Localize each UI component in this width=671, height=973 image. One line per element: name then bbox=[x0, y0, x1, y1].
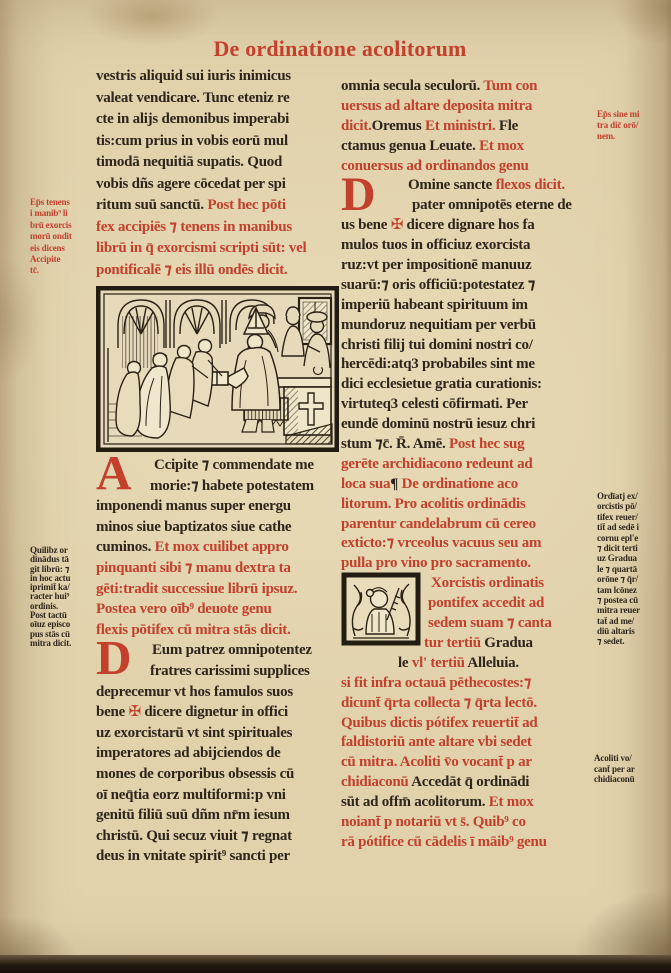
text-line: tis:cum prius in vobis eorū mul bbox=[96, 131, 338, 153]
text-line: chidiaconū Accedāt q̄ ordinādi bbox=[341, 773, 593, 793]
margin-note-line: tc̄. bbox=[30, 265, 94, 276]
margin-note-line: morū ondit bbox=[30, 231, 94, 242]
margin-note-line: Acoliti vo/ bbox=[594, 753, 670, 764]
rubric-text: tur tertiū bbox=[424, 635, 484, 651]
body-text: omnia secula seculorū. bbox=[341, 78, 483, 94]
body-text: timodā nequitiā supatis. Quod bbox=[96, 154, 282, 170]
rubric-text: fex accipiēs ⁊ tenens in manibus bbox=[96, 219, 292, 235]
body-text: dicere dignetur in offici bbox=[141, 704, 288, 720]
text-line: exticto:⁊ vrceolus vacuus seu am bbox=[341, 534, 593, 554]
text-line: pater omnipotēs eterne de bbox=[341, 196, 593, 216]
rubric-text: De ordinatione aco bbox=[402, 476, 518, 492]
margin-note-line: chidiaconū bbox=[594, 774, 670, 785]
text-line: pinquanti sibi ⁊ manu dextra ta bbox=[96, 558, 338, 579]
margin-note-line: tit̄ ad sedē i bbox=[597, 522, 669, 532]
rubric-text: gerēte archidiacono redeunt ad bbox=[341, 456, 533, 472]
text-line: ctamus genua Leuate. Et mox bbox=[341, 137, 593, 157]
rubric-text: Post hec sug bbox=[449, 436, 524, 452]
margin-note-ordinatis-exorcistis: Ordīatj ex/orcistis pō/tifex reuer/tit̄ … bbox=[597, 491, 669, 647]
text-line: gēti:tradit successiue librū ipsuz. bbox=[96, 579, 338, 600]
margin-note-line: cant̄ per ar bbox=[594, 764, 670, 775]
text-line: deprecemur vt hos famulos suos bbox=[96, 682, 338, 703]
text-line: parentur candelabrum cū cereo bbox=[341, 515, 593, 535]
drop-cap-D: D bbox=[96, 637, 131, 679]
text-line: omnia secula seculorū. Tum con bbox=[341, 77, 593, 97]
body-text: uz exorcistarū vt sint spirituales bbox=[96, 725, 292, 741]
body-text: ritum suū sanctū. bbox=[96, 197, 207, 213]
rubric-text: Et mox cuilibet appro bbox=[155, 539, 289, 555]
text-line: rā pótifice cū cādelis ī māib⁹ genu bbox=[341, 833, 593, 853]
body-text: sūt ad offm̄ acolitorum. bbox=[341, 794, 489, 810]
text-line: morie:⁊ habete potestatem bbox=[96, 476, 338, 497]
rubric-text: loca sua bbox=[341, 476, 390, 492]
text-line: flexis pōtifex cū mitra stās dicit. bbox=[96, 620, 338, 641]
text-line: Quibus dictis pótifex reuertit̄ ad bbox=[341, 714, 593, 734]
left-column-upper: vestris aliquid sui iuris inimicusvaleat… bbox=[96, 66, 338, 281]
text-line: dici ecclesietue gratia curationis: bbox=[341, 375, 593, 395]
text-line: christi filij tui domini nostri co/ bbox=[341, 336, 593, 356]
text-line: uz exorcistarū vt sint spirituales bbox=[96, 723, 338, 744]
rubric-text: ✠ bbox=[129, 704, 141, 720]
text-line: noiant̄ p notariū vt s̄. Quib⁹ co bbox=[341, 813, 593, 833]
rubric-text: exticto:⁊ vrceolus vacuus seu am bbox=[341, 535, 541, 551]
text-line: suarū:⁊ oris officiū:potestatez ⁊ bbox=[341, 276, 593, 296]
rubric-text: cū mitra. Acoliti v̄o vocant̄ p ar bbox=[341, 754, 532, 770]
text-line: genitū filiū suū dñm nr̄m iesum bbox=[96, 805, 338, 826]
rubric-text: pontificalē ⁊ eis illū ondēs dicit. bbox=[96, 262, 287, 278]
margin-note-line: tam lcōnez bbox=[597, 585, 669, 595]
margin-note-line: le ⁊ quartā bbox=[597, 564, 669, 574]
body-text: oī neq̄tia eorz multiformi:p vni bbox=[96, 787, 286, 803]
text-line: mundoruz nequitiam per verbū bbox=[341, 316, 593, 336]
rubric-text: ✠ bbox=[391, 217, 403, 233]
margin-note-episcopus-tenens: Ep̄s tenensi manib⁹ librū exorcismorū on… bbox=[30, 197, 94, 277]
text-line: Xorcistis ordinatis bbox=[341, 574, 593, 594]
margin-note-line: Ep̄s sine mi bbox=[597, 109, 669, 120]
margin-note-line: tra dic̄ orō/ bbox=[597, 120, 669, 131]
body-text: Fle bbox=[499, 118, 518, 134]
text-line: eundē dominū nostrū iesuz chri bbox=[341, 415, 593, 435]
text-line: faldistoriū ante altare vbi sedet bbox=[341, 733, 593, 753]
text-line: le vl' tertiū Alleluia. bbox=[341, 654, 593, 674]
body-text: vestris aliquid sui iuris inimicus bbox=[96, 68, 291, 84]
body-text: tis:cum prius in vobis eorū mul bbox=[96, 133, 288, 149]
body-text: christi filij tui domini nostri co/ bbox=[341, 337, 533, 353]
rubric-text: Quibus dictis pótifex reuertit̄ ad bbox=[341, 715, 537, 731]
body-text: dicere dignare hos fa bbox=[403, 217, 534, 233]
text-line: ruz:vt per impositionē manuuz bbox=[341, 256, 593, 276]
body-text: vobis dñs agere cōcedat per spi bbox=[96, 176, 286, 192]
rubric-text: pinquanti sibi ⁊ manu dextra ta bbox=[96, 560, 291, 576]
rubric-text: si fit infra octauā pēthecostes:⁊ bbox=[341, 675, 531, 691]
margin-note-line: ⁊ postea cū bbox=[597, 595, 669, 605]
body-text: Gradua bbox=[484, 635, 533, 651]
text-line: fratres carissimi supplices bbox=[96, 661, 338, 682]
body-text: cuminos. bbox=[96, 539, 155, 555]
body-text: imperiū habeant spirituum im bbox=[341, 297, 528, 313]
body-text: ctamus genua Leuate. bbox=[341, 138, 479, 154]
ordination-woodcut bbox=[96, 286, 339, 452]
body-text: genitū filiū suū dñm nr̄m iesum bbox=[96, 807, 290, 823]
text-line: mones de corporibus obsessis cū bbox=[96, 764, 338, 785]
text-line: sūt ad offm̄ acolitorum. Et mox bbox=[341, 793, 593, 813]
body-text: Oremus bbox=[372, 118, 425, 134]
body-text: minos siue baptizatos siue cathe bbox=[96, 519, 291, 535]
text-line: litorum. Pro acolitis ordinādis bbox=[341, 495, 593, 515]
text-line: cū mitra. Acoliti v̄o vocant̄ p ar bbox=[341, 753, 593, 773]
text-line: cte in alijs demonibus imperabi bbox=[96, 109, 338, 131]
rubric-text: Postea vero oīb⁹ deuote genu bbox=[96, 601, 272, 617]
margin-note-line: Accipite bbox=[30, 254, 94, 265]
margin-note-line: orcistis pō/ bbox=[597, 501, 669, 511]
rubric-text: litorum. Pro acolitis ordinādis bbox=[341, 496, 525, 512]
rubric-text: dicit. bbox=[341, 118, 372, 134]
text-line: uersus ad altare deposita mitra bbox=[341, 97, 593, 117]
margin-note-line: Ordīatj ex/ bbox=[597, 491, 669, 501]
text-line: vobis dñs agere cōcedat per spi bbox=[96, 174, 338, 196]
margin-note-line: tifex reuer/ bbox=[597, 512, 669, 522]
text-line: pulla pro vino pro sacramento. bbox=[341, 554, 593, 574]
rubric-text: Tum con bbox=[483, 78, 537, 94]
body-text: le bbox=[398, 655, 412, 671]
body-text: deus in vnitate spirit⁹ sancti per bbox=[96, 848, 290, 864]
body-text: mundoruz nequitiam per verbū bbox=[341, 317, 536, 333]
text-line: Eum patrez omnipotentez bbox=[96, 640, 338, 661]
text-line: bene ✠ dicere dignetur in offici bbox=[96, 702, 338, 723]
rubric-text: Et ministri. bbox=[425, 118, 499, 134]
body-text: suarū:⁊ oris officiū:potestatez ⁊ bbox=[341, 277, 535, 293]
text-line: cuminos. Et mox cuilibet appro bbox=[96, 537, 338, 558]
body-text: Alleluia. bbox=[467, 655, 519, 671]
body-text: mones de corporibus obsessis cū bbox=[96, 766, 294, 782]
body-text: fratres carissimi supplices bbox=[150, 663, 310, 679]
body-text: imperatores ad abijciendos de bbox=[96, 745, 281, 761]
text-line: librū in q̄ exorcismi scripti sūt: vel bbox=[96, 238, 338, 260]
text-line: loca sua¶ De ordinatione aco bbox=[341, 475, 593, 495]
text-line: conuersus ad ordinandos genu bbox=[341, 157, 593, 177]
body-text: ruz:vt per impositionē manuuz bbox=[341, 257, 531, 273]
right-column: omnia secula seculorū. Tum conuersus ad … bbox=[341, 77, 593, 853]
text-line: mulos tuos in officiuz exorcista bbox=[341, 236, 593, 256]
book-bottom-edge bbox=[0, 955, 671, 973]
text-line: stum ⁊c̄. R̄. Amē. Post hec sug bbox=[341, 435, 593, 455]
rubric-text: pontifex accedit ad bbox=[428, 595, 544, 611]
text-line: ritum suū sanctū. Post hec pōti bbox=[96, 195, 338, 217]
rubric-text: dicunt̄ q̄rta collecta ⁊ q̄rta lectō. bbox=[341, 695, 537, 711]
body-text: imponendi manus super energu bbox=[96, 498, 291, 514]
text-line: Ccipite ⁊ commendate me bbox=[96, 455, 338, 476]
body-text: morie:⁊ habete potestatem bbox=[150, 478, 314, 494]
body-text: mulos tuos in officiuz exorcista bbox=[341, 237, 530, 253]
body-text: deprecemur vt hos famulos suos bbox=[96, 684, 293, 700]
text-line: gerēte archidiacono redeunt ad bbox=[341, 455, 593, 475]
margin-note-line: cornu epl'e bbox=[597, 533, 669, 543]
margin-note-line: tat̄ ad me/ bbox=[597, 616, 669, 626]
margin-note-quilibet-ordinandus: Quilibz ordinādus tāgit librū: ⁊in hoc a… bbox=[30, 546, 94, 648]
text-line: Omine sancte flexos dicit. bbox=[341, 176, 593, 196]
body-text: Eum patrez omnipotentez bbox=[152, 642, 312, 658]
rubric-text: parentur candelabrum cū cereo bbox=[341, 516, 536, 532]
rubric-text: chidiaconū bbox=[341, 774, 411, 790]
text-line: imperatores ad abijciendos de bbox=[96, 743, 338, 764]
rubric-text: Et mox bbox=[479, 138, 524, 154]
text-line: christū. Qui secuz viuit ⁊ regnat bbox=[96, 826, 338, 847]
text-line: us bene ✠ dicere dignare hos fa bbox=[341, 216, 593, 236]
text-line: hercēdi:atq3 probabiles sint me bbox=[341, 355, 593, 375]
rubric-text: Post hec pōti bbox=[207, 197, 285, 213]
rubric-text: vl' tertiū bbox=[412, 655, 468, 671]
body-text: christū. Qui secuz viuit ⁊ regnat bbox=[96, 828, 292, 844]
rubric-text: faldistoriū ante altare vbi sedet bbox=[341, 734, 532, 750]
rubric-text: pulla pro vino pro sacramento. bbox=[341, 555, 531, 571]
margin-note-line: mitra reuer bbox=[597, 605, 669, 615]
book-page: De ordinatione acolitorum vestris aliqui… bbox=[0, 0, 671, 973]
margin-note-line: ⁊ dicit terti bbox=[597, 543, 669, 553]
rubric-text: librū in q̄ exorcismi scripti sūt: vel bbox=[96, 240, 306, 256]
body-text: virtuteq3 celesti cōfirmati. Per bbox=[341, 396, 528, 412]
text-line: Postea vero oīb⁹ deuote genu bbox=[96, 599, 338, 620]
body-text: hercēdi:atq3 probabiles sint me bbox=[341, 356, 535, 372]
text-line: deus in vnitate spirit⁹ sancti per bbox=[96, 846, 338, 867]
text-line: fex accipiēs ⁊ tenens in manibus bbox=[96, 217, 338, 239]
text-line: si fit infra octauā pēthecostes:⁊ bbox=[341, 674, 593, 694]
body-text: Omine sancte bbox=[408, 177, 496, 193]
text-line: dicunt̄ q̄rta collecta ⁊ q̄rta lectō. bbox=[341, 694, 593, 714]
rubric-text: rā pótifice cū cādelis ī māib⁹ genu bbox=[341, 834, 547, 850]
body-text: Ccipite ⁊ commendate me bbox=[154, 457, 314, 473]
body-text: cte in alijs demonibus imperabi bbox=[96, 111, 289, 127]
rubric-text: Et mox bbox=[489, 794, 534, 810]
text-line: pontifex accedit ad bbox=[341, 594, 593, 614]
body-text: eundē dominū nostrū iesuz chri bbox=[341, 416, 535, 432]
body-text: ¶ bbox=[390, 476, 401, 492]
body-text: pater omnipotēs eterne de bbox=[412, 197, 572, 213]
rubric-text: noiant̄ p notariū vt s̄. Quib⁹ co bbox=[341, 814, 526, 830]
body-text: bene bbox=[96, 704, 129, 720]
margin-note-episcopus-sine-mitra: Ep̄s sine mitra dic̄ orō/nem. bbox=[597, 109, 669, 143]
margin-note-line: Ep̄s tenens bbox=[30, 197, 94, 208]
text-line: valeat vendicare. Tunc eteniz re bbox=[96, 88, 338, 110]
body-text: valeat vendicare. Tunc eteniz re bbox=[96, 90, 290, 106]
text-line: oī neq̄tia eorz multiformi:p vni bbox=[96, 785, 338, 806]
rubric-text: uersus ad altare deposita mitra bbox=[341, 98, 532, 114]
text-line: imperiū habeant spirituum im bbox=[341, 296, 593, 316]
text-line: minos siue baptizatos siue cathe bbox=[96, 517, 338, 538]
text-line: tur tertiū Gradua bbox=[341, 634, 593, 654]
margin-note-line: eis dicens bbox=[30, 243, 94, 254]
rubric-text: gēti:tradit successiue librū ipsuz. bbox=[96, 581, 297, 597]
body-text: Accedāt q̄ ordinādi bbox=[411, 774, 529, 790]
text-line: pontificalē ⁊ eis illū ondēs dicit. bbox=[96, 260, 338, 282]
rubric-text: sedem suam ⁊ canta bbox=[428, 615, 552, 631]
text-line: dicit.Oremus Et ministri. Fle bbox=[341, 117, 593, 137]
left-column-lower: Ccipite ⁊ commendate memorie:⁊ habete po… bbox=[96, 455, 338, 867]
text-line: virtuteq3 celesti cōfirmati. Per bbox=[341, 395, 593, 415]
margin-note-line: brū exorcis bbox=[30, 220, 94, 231]
text-line: sedem suam ⁊ canta bbox=[341, 614, 593, 634]
body-text: stum ⁊c̄. R̄. Amē. bbox=[341, 436, 449, 452]
margin-note-line: i manib⁹ li bbox=[30, 208, 94, 219]
text-line: timodā nequitiā supatis. Quod bbox=[96, 152, 338, 174]
drop-cap-A: A bbox=[96, 452, 131, 494]
margin-note-line: diū altaris bbox=[597, 626, 669, 636]
margin-note-line: mitra dicit. bbox=[30, 639, 94, 648]
drop-cap-D: D bbox=[341, 174, 375, 215]
rubric-text: flexos dicit. bbox=[496, 177, 565, 193]
page-title: De ordinatione acolitorum bbox=[100, 36, 580, 62]
text-line: vestris aliquid sui iuris inimicus bbox=[96, 66, 338, 88]
margin-note-line: nem. bbox=[597, 131, 669, 142]
rubric-text: Xorcistis ordinatis bbox=[431, 575, 544, 591]
margin-note-line: orōne ⁊ q̄r/ bbox=[597, 574, 669, 584]
ordination-woodcut-image bbox=[96, 286, 339, 452]
body-text: dici ecclesietue gratia curationis: bbox=[341, 376, 542, 392]
margin-note-line: ⁊ sedet. bbox=[597, 636, 669, 646]
margin-note-acoliti-vocantur: Acoliti vo/cant̄ per archidiaconū bbox=[594, 753, 670, 785]
margin-note-line: uz Gradua bbox=[597, 553, 669, 563]
text-line: imponendi manus super energu bbox=[96, 496, 338, 517]
